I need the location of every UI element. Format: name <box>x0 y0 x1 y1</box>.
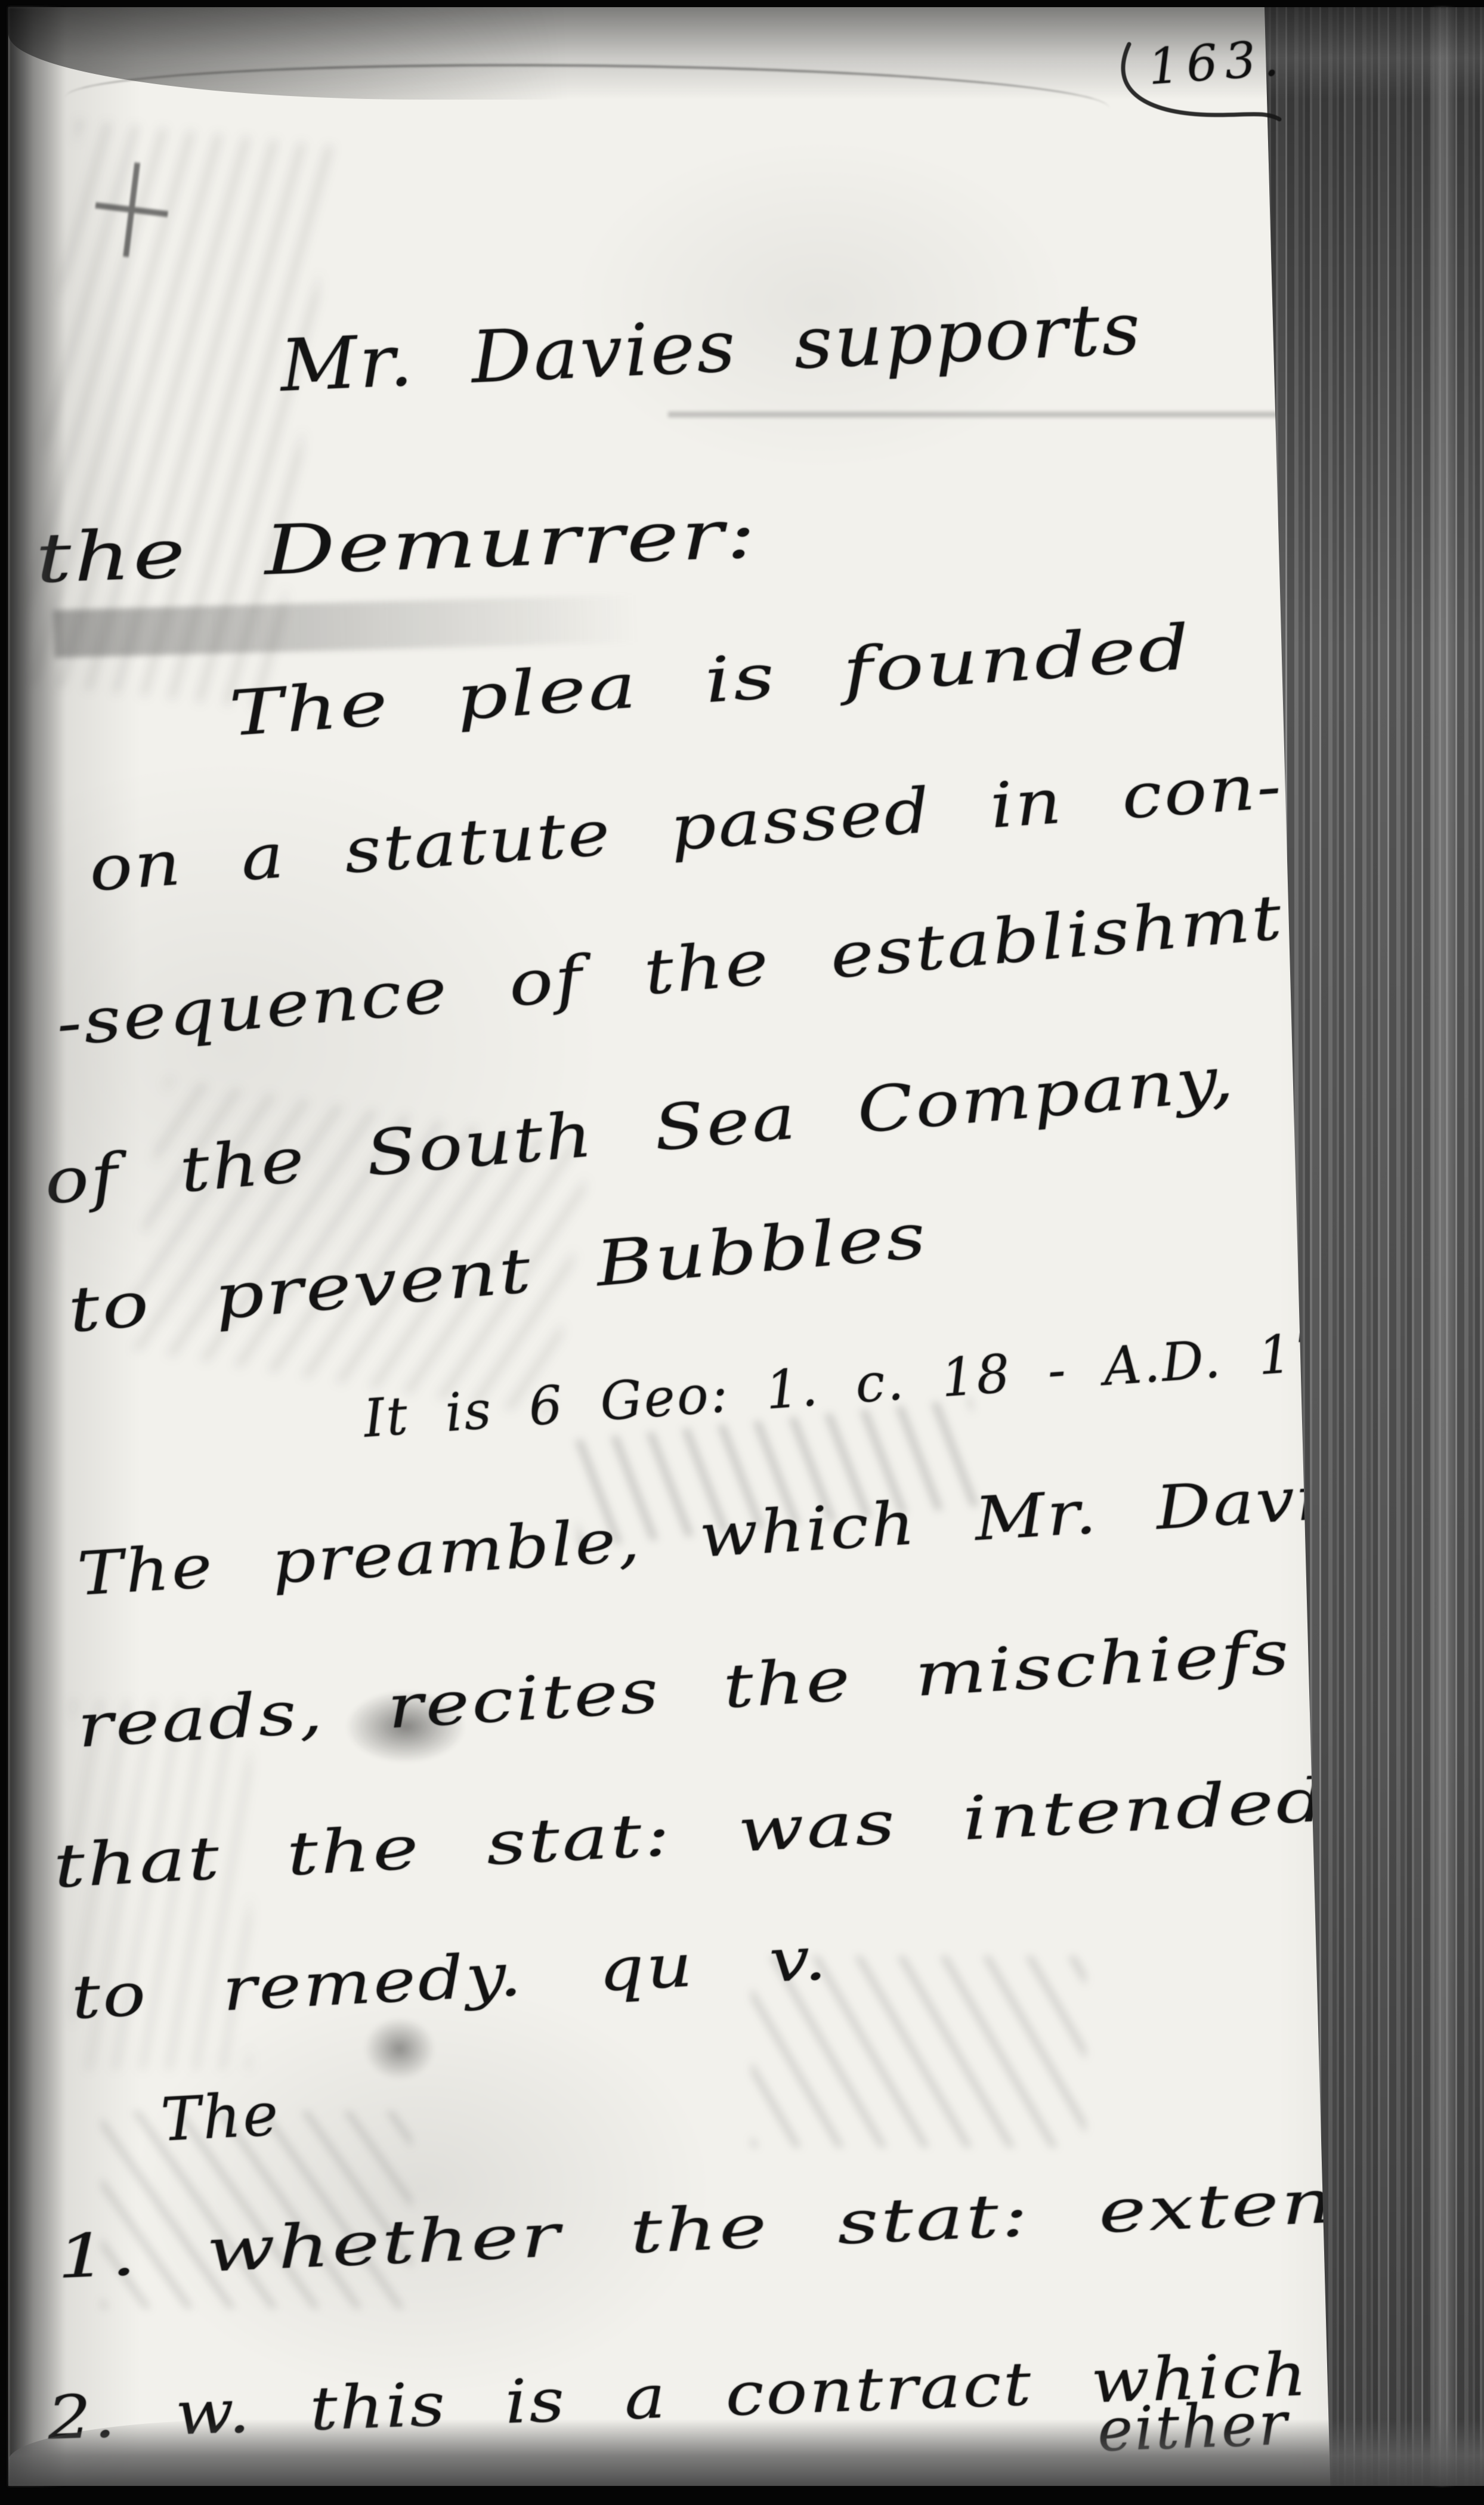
scanned-manuscript-frame: + Mr. Davies supports the Demurrer: The … <box>0 0 1484 2505</box>
page-number: 163. <box>1146 30 1288 96</box>
manuscript-line: The <box>159 2085 281 2150</box>
binding-highlight-stripe <box>1429 7 1456 2486</box>
page-bottom-shadow <box>8 2419 1484 2486</box>
page-left-shadow <box>8 7 65 2486</box>
